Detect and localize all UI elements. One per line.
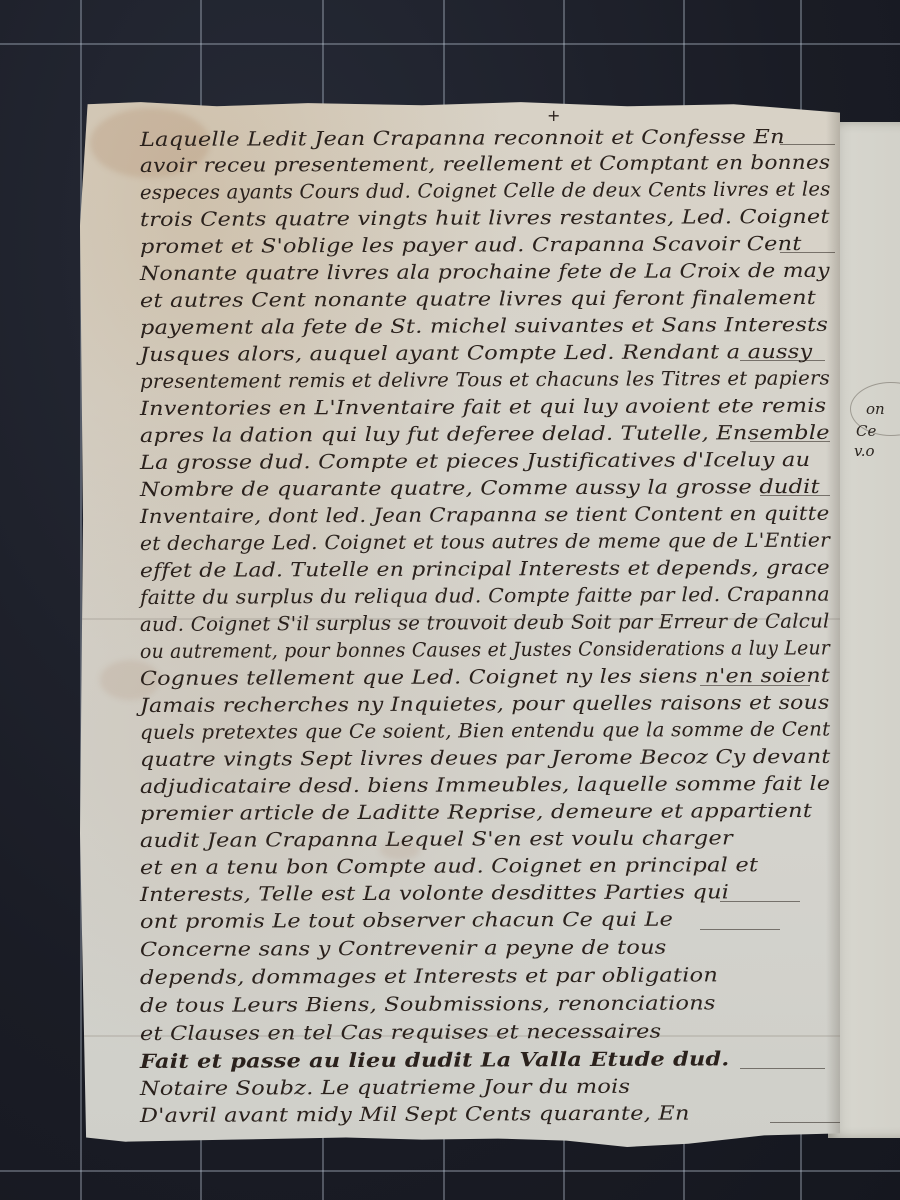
fabric-grid-line (0, 1170, 900, 1172)
leaf-fragment: on (866, 400, 885, 418)
pen-flourish (700, 685, 810, 686)
manuscript-line: quels pretextes que Ce soient, Bien ente… (140, 717, 830, 744)
manuscript-line: et en a tenu bon Compte aud. Coignet en … (140, 853, 758, 879)
manuscript-line: effet de Lad. Tutelle en principal Inter… (140, 556, 830, 582)
pen-flourish (700, 929, 780, 930)
manuscript-line: avoir receu presentement, reellement et … (140, 151, 830, 177)
manuscript-line: apres la dation qui luy fut deferee dela… (140, 421, 830, 447)
marginal-cross-mark: + (547, 106, 560, 125)
manuscript-line: Nonante quatre livres ala prochaine fete… (140, 259, 830, 285)
manuscript-line: quatre vingts Sept livres deues par Jero… (140, 745, 831, 771)
manuscript-line: Cognues tellement que Led. Coignet ny le… (140, 664, 830, 690)
photo-scene: on Ce v.o + Laquelle Ledit Jean Crapanna… (0, 0, 900, 1200)
manuscript-line: de tous Leurs Biens, Soubmissions, renon… (140, 991, 716, 1017)
manuscript-line: payement ala fete de St. michel suivante… (140, 313, 828, 339)
pen-flourish (760, 495, 830, 496)
manuscript-line: et Clauses en tel Cas requises et necess… (140, 1020, 661, 1045)
manuscript-line: adjudicataire desd. biens Immeubles, laq… (140, 772, 830, 798)
manuscript-line: et decharge Led. Coignet et tous autres … (140, 529, 830, 555)
manuscript-line: La grosse dud. Compte et pieces Justific… (140, 448, 810, 474)
pen-flourish (720, 901, 800, 902)
pen-flourish (740, 1068, 825, 1069)
manuscript-line: Jusques alors, auquel ayant Compte Led. … (140, 340, 813, 366)
manuscript-line: premier article de Laditte Reprise, deme… (140, 799, 812, 825)
manuscript-line: ont promis Le tout observer chacun Ce qu… (140, 908, 673, 933)
manuscript-line: Interests, Telle est La volonte desditte… (140, 880, 729, 906)
pen-flourish (770, 1122, 840, 1123)
manuscript-line: trois Cents quatre vingts huit livres re… (140, 205, 830, 231)
manuscript-line: Fait et passe au lieu dudit La Valla Etu… (140, 1047, 730, 1073)
manuscript-line: D'avril avant midy Mil Sept Cents quaran… (140, 1101, 690, 1127)
manuscript-line: Inventories en L'Inventaire fait et qui … (140, 394, 826, 420)
manuscript-line: presentement remis et delivre Tous et ch… (140, 366, 830, 393)
manuscript-line: Notaire Soubz. Le quatrieme Jour du mois (140, 1075, 630, 1100)
manuscript-line: Laquelle Ledit Jean Crapanna reconnoit e… (140, 125, 785, 151)
manuscript-line: Inventaire, dont led. Jean Crapanna se t… (140, 502, 830, 528)
leaf-fragment: v.o (854, 442, 875, 460)
fabric-grid-line (0, 43, 900, 45)
pen-flourish (780, 144, 835, 145)
pen-flourish (750, 441, 830, 442)
manuscript-line: et autres Cent nonante quatre livres qui… (140, 286, 816, 312)
pen-flourish (780, 252, 835, 253)
manuscript-line: Concerne sans y Contrevenir a peyne de t… (140, 936, 667, 961)
fabric-grid-line (80, 0, 82, 1200)
manuscript-line: Nombre de quarante quatre, Comme aussy l… (140, 475, 820, 501)
manuscript-line: depends, dommages et Interests et par ob… (140, 963, 718, 989)
manuscript-line: promet et S'oblige les payer aud. Crapan… (140, 232, 802, 258)
leaf-fragment: Ce (856, 422, 876, 440)
manuscript-line: Jamais recherches ny Inquietes, pour que… (140, 691, 830, 717)
manuscript-line: audit Jean Crapanna Lequel S'en est voul… (140, 826, 733, 852)
manuscript-page: + Laquelle Ledit Jean Crapanna reconnoit… (80, 100, 840, 1148)
pen-flourish (740, 360, 825, 361)
manuscript-line: especes ayants Cours dud. Coignet Celle … (140, 177, 831, 204)
manuscript-line: aud. Coignet S'il surplus se trouvoit de… (140, 609, 830, 636)
manuscript-line: faitte du surplus du reliqua dud. Compte… (140, 583, 830, 609)
manuscript-line: ou autrement, pour bonnes Causes et Just… (140, 636, 830, 663)
